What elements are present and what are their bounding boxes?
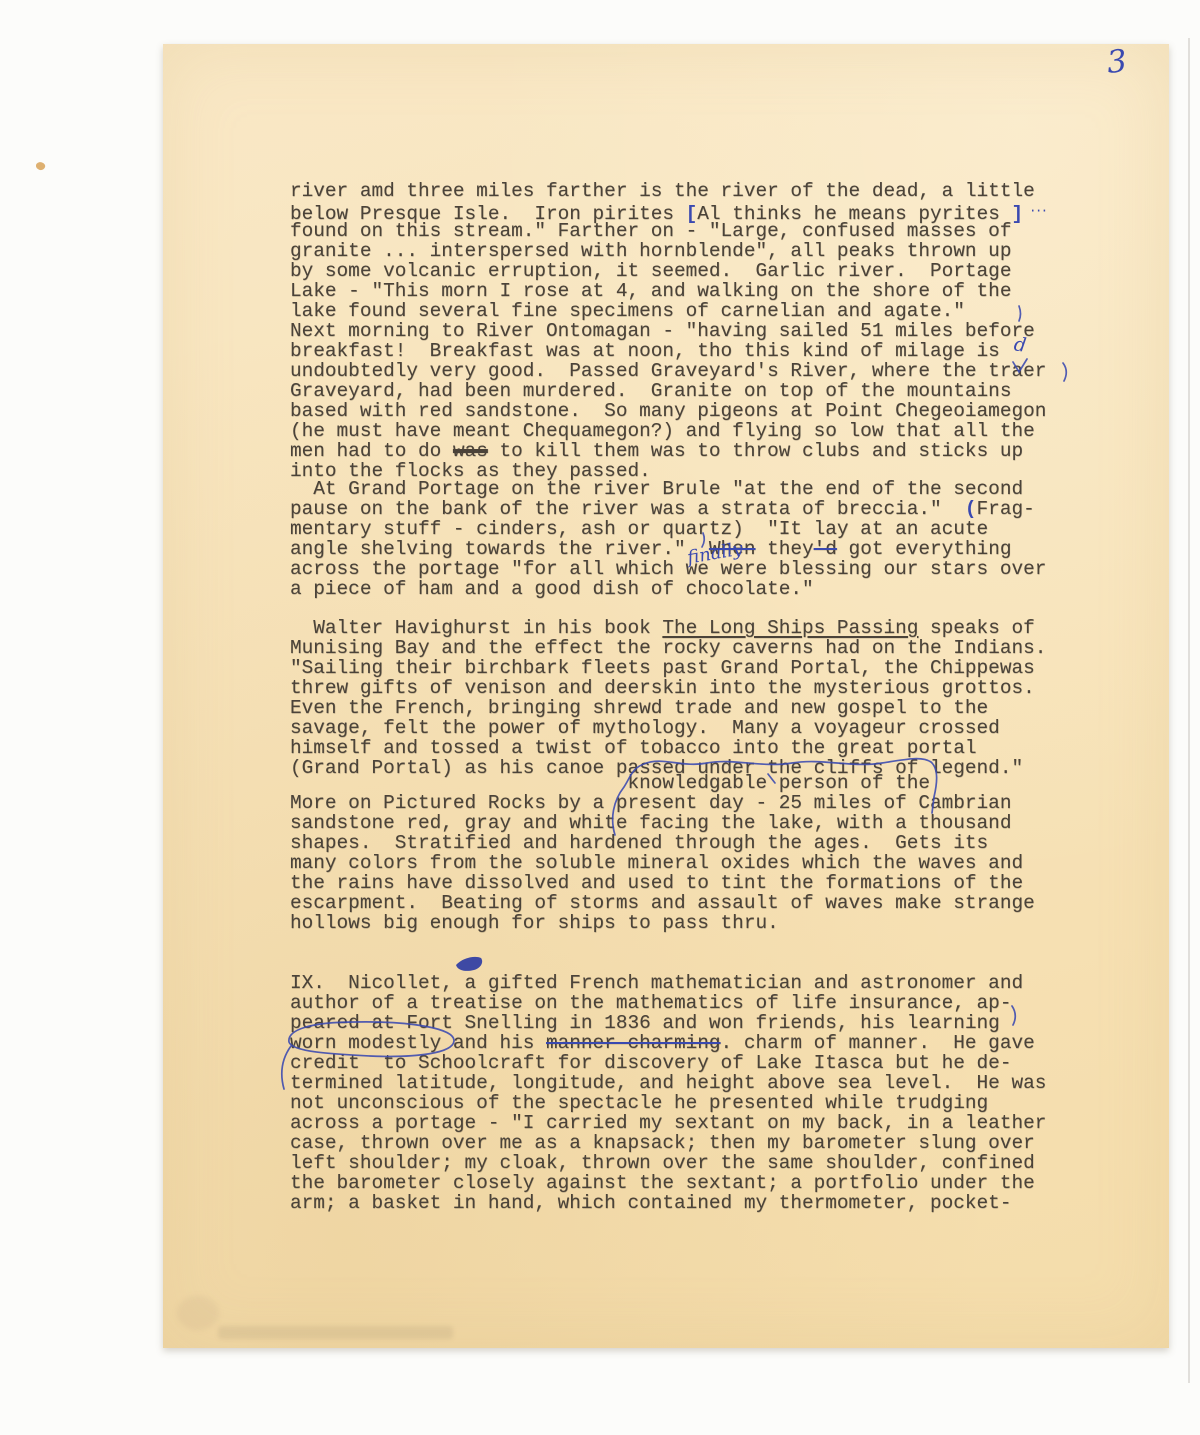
typed-segment: arm; a basket in hand, which contained m… — [290, 1192, 1011, 1214]
typed-line: knowledgable person of the — [290, 773, 1035, 793]
paragraph: Walter Havighurst in his book The Long S… — [290, 618, 1046, 778]
typed-segment: speaks of — [918, 617, 1034, 639]
typed-segment: pause on the bank of the river was a str… — [290, 498, 965, 520]
typed-segment: credit to Schoolcraft for discovery of L… — [290, 1052, 1011, 1074]
typed-segment-u: The Long Ships Passing — [662, 617, 918, 639]
typed-segment: shapes. Stratified and hardened through … — [290, 832, 988, 854]
typed-segment: Walter Havighurst in his book — [290, 617, 662, 639]
typed-line: Graveyard, had been murdered. Granite on… — [290, 381, 1046, 401]
typed-segment-xout: was — [453, 440, 488, 462]
typed-segment: case, thrown over me as a knapsack; then… — [290, 1132, 1035, 1154]
typed-line: river amd three miles farther is the riv… — [290, 181, 1046, 201]
typed-line: left shoulder; my cloak, thrown over the… — [290, 1153, 1046, 1173]
handwritten-page-number: 3 — [1105, 43, 1128, 81]
typed-segment: peared at Fort Snelling in 1836 and won … — [290, 1012, 1000, 1034]
typed-segment: angle shelving towards the river." — [290, 538, 709, 560]
paragraph: river amd three miles farther is the riv… — [290, 181, 1046, 481]
typed-segment: Next morning to River Ontomagan - "havin… — [290, 320, 1035, 342]
typed-segment: At Grand Portage on the river Brule "at … — [290, 478, 1023, 500]
typed-line: by some volcanic erruption, it seemed. G… — [290, 261, 1046, 281]
typed-segment: "Sailing their birchbark fleets past Gra… — [290, 657, 1035, 679]
paragraph: knowledgable person of theMore on Pictur… — [290, 773, 1035, 933]
typed-segment: Even the French, bringing shrewd trade a… — [290, 697, 988, 719]
typed-line: case, thrown over me as a knapsack; then… — [290, 1133, 1046, 1153]
typed-line: (he must have meant Chequamegon?) and fl… — [290, 421, 1046, 441]
typed-line: author of a treatise on the mathematics … — [290, 993, 1046, 1013]
typed-segment: hollows big enough for ships to pass thr… — [290, 912, 779, 934]
typed-line: "Sailing their birchbark fleets past Gra… — [290, 658, 1046, 678]
typed-segment: many colors from the soluble mineral oxi… — [290, 852, 1023, 874]
scan-speck — [35, 160, 47, 172]
typed-segment: termined latitude, longitude, and height… — [290, 1072, 1046, 1094]
typed-line: angle shelving towards the river." When … — [290, 539, 1046, 559]
typed-line: mentary stuff - cinders, ash or quartz) … — [290, 519, 1046, 539]
typed-segment: IX. Nicollet, a gifted French mathematic… — [290, 972, 1023, 994]
typed-segment: escarpment. Beating of storms and assaul… — [290, 892, 1035, 914]
typed-segment-hw: ] — [1011, 203, 1023, 225]
typed-segment-strike: 'd — [814, 538, 837, 560]
typed-line: based with red sandstone. So many pigeon… — [290, 401, 1046, 421]
typed-line: across the portage "for all which we wer… — [290, 559, 1046, 579]
typed-line: Even the French, bringing shrewd trade a… — [290, 698, 1046, 718]
traer-comma-ink — [1063, 363, 1066, 381]
typed-segment: found on this stream." Farther on - "Lar… — [290, 220, 1011, 242]
typed-segment: to kill them was to throw clubs and stic… — [488, 440, 1023, 462]
typed-line: threw gifts of venison and deerskin into… — [290, 678, 1046, 698]
typed-line: At Grand Portage on the river Brule "at … — [290, 479, 1046, 499]
typed-segment: the barometer closely against the sextan… — [290, 1172, 1035, 1194]
typed-line: credit to Schoolcraft for discovery of L… — [290, 1053, 1046, 1073]
typed-segment: . charm of manner. He gave — [721, 1032, 1035, 1054]
typed-segment: based with red sandstone. So many pigeon… — [290, 400, 1046, 422]
scan-edge-line — [1188, 38, 1190, 1383]
typed-segment-hw: ( — [965, 498, 977, 520]
typed-line: peared at Fort Snelling in 1836 and won … — [290, 1013, 1046, 1033]
typed-line: a piece of ham and a good dish of chocol… — [290, 579, 1046, 599]
typed-segment: left shoulder; my cloak, thrown over the… — [290, 1152, 1035, 1174]
typed-segment: a piece of ham and a good dish of chocol… — [290, 578, 814, 600]
typed-line: lake found several fine specimens of car… — [290, 301, 1046, 321]
paragraph: At Grand Portage on the river Brule "at … — [290, 479, 1046, 599]
typed-segment: sandstone red, gray and white facing the… — [290, 812, 1011, 834]
typed-line: arm; a basket in hand, which contained m… — [290, 1193, 1046, 1213]
typed-line: worn modestly and his manner charming. c… — [290, 1033, 1046, 1053]
typed-segment: the rains have dissolved and used to tin… — [290, 872, 1023, 894]
typed-line: the barometer closely against the sextan… — [290, 1173, 1046, 1193]
typed-segment: Frag- — [977, 498, 1035, 520]
typed-segment: More on Pictured Rocks by a present day … — [290, 792, 1011, 814]
typed-line: found on this stream." Farther on - "Lar… — [290, 221, 1046, 241]
paper: river amd three miles farther is the riv… — [163, 44, 1169, 1348]
typed-segment: (he must have meant Chequamegon?) and fl… — [290, 420, 1035, 442]
typed-line: sandstone red, gray and white facing the… — [290, 813, 1035, 833]
nicollet-blot-ink — [456, 957, 482, 971]
typed-segment: author of a treatise on the mathematics … — [290, 992, 1011, 1014]
typed-segment: across the portage "for all which we wer… — [290, 558, 1046, 580]
typed-segment: got everything — [837, 538, 1012, 560]
typed-line: Munising Bay and the effect the rocky ca… — [290, 638, 1046, 658]
typed-line: More on Pictured Rocks by a present day … — [290, 793, 1035, 813]
typed-line: breakfast! Breakfast was at noon, tho th… — [290, 341, 1046, 361]
typed-segment: lake found several fine specimens of car… — [290, 300, 965, 322]
typed-line: across a portage - "I carried my sextant… — [290, 1113, 1046, 1133]
typed-line: termined latitude, longitude, and height… — [290, 1073, 1046, 1093]
typed-line: pause on the bank of the river was a str… — [290, 499, 1046, 519]
typed-segment: worn modestly and his — [290, 1032, 546, 1054]
typed-segment: Graveyard, had been murdered. Granite on… — [290, 380, 1011, 402]
typed-line: Lake - "This morn I rose at 4, and walki… — [290, 281, 1046, 301]
typed-segment: himself and tossed a twist of tobacco in… — [290, 737, 977, 759]
typed-segment: granite ... interspersed with hornblende… — [290, 240, 1011, 262]
typed-segment-strike: manner charming — [546, 1032, 721, 1054]
typed-line: hollows big enough for ships to pass thr… — [290, 913, 1035, 933]
scan-smudge — [218, 1326, 453, 1339]
typed-line: granite ... interspersed with hornblende… — [290, 241, 1046, 261]
typed-segment: Lake - "This morn I rose at 4, and walki… — [290, 280, 1011, 302]
scan-smudge — [177, 1296, 219, 1330]
typed-segment: men had to do — [290, 440, 453, 462]
typed-segment-hwdots: ··· — [1023, 203, 1046, 218]
typed-segment: mentary stuff - cinders, ash or quartz) … — [290, 518, 988, 540]
typed-segment: breakfast! Breakfast was at noon, tho th… — [290, 340, 1000, 362]
typed-segment: knowledgable person of the — [290, 772, 930, 794]
typed-segment: not unconscious of the spectacle he pres… — [290, 1092, 988, 1114]
typed-segment: across a portage - "I carried my sextant… — [290, 1112, 1046, 1134]
paragraph: IX. Nicollet, a gifted French mathematic… — [290, 973, 1046, 1213]
typed-line: Walter Havighurst in his book The Long S… — [290, 618, 1046, 638]
typed-line: shapes. Stratified and hardened through … — [290, 833, 1035, 853]
typed-line: IX. Nicollet, a gifted French mathematic… — [290, 973, 1046, 993]
typed-line: below Presque Isle. Iron pirites [Al thi… — [290, 201, 1046, 221]
typed-line: himself and tossed a twist of tobacco in… — [290, 738, 1046, 758]
typed-segment: undoubtedly very good. Passed Graveyard'… — [290, 360, 1046, 382]
scan-background: { "annotations": { "page_number": "3", "… — [0, 0, 1200, 1435]
typed-line: savage, felt the power of mythology. Man… — [290, 718, 1046, 738]
typed-line: men had to do was to kill them was to th… — [290, 441, 1046, 461]
typed-segment: by some volcanic erruption, it seemed. G… — [290, 260, 1011, 282]
typed-segment: savage, felt the power of mythology. Man… — [290, 717, 1000, 739]
typed-segment: river amd three miles farther is the riv… — [290, 180, 1035, 202]
typed-line: the rains have dissolved and used to tin… — [290, 873, 1035, 893]
typed-segment: Munising Bay and the effect the rocky ca… — [290, 637, 1046, 659]
typed-line: Next morning to River Ontomagan - "havin… — [290, 321, 1046, 341]
typed-line: escarpment. Beating of storms and assaul… — [290, 893, 1035, 913]
typed-segment: threw gifts of venison and deerskin into… — [290, 677, 1035, 699]
typed-line: undoubtedly very good. Passed Graveyard'… — [290, 361, 1046, 381]
typed-line: not unconscious of the spectacle he pres… — [290, 1093, 1046, 1113]
typed-line: many colors from the soluble mineral oxi… — [290, 853, 1035, 873]
typed-segment: they — [755, 538, 813, 560]
